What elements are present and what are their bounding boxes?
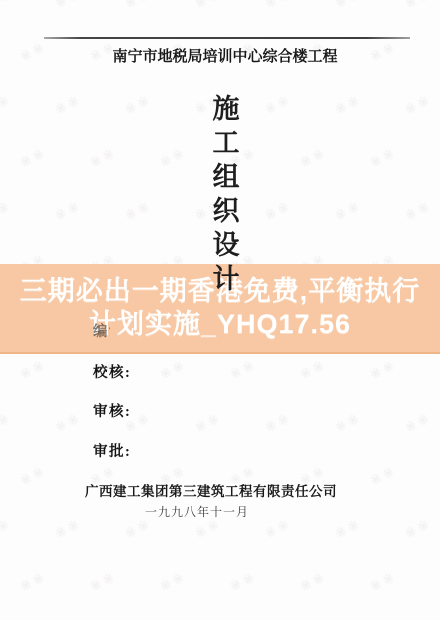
watermark-glyph: ※※	[193, 0, 225, 12]
watermark-glyph: ※※	[88, 146, 120, 172]
field-label-approve: 审批:	[93, 440, 131, 461]
watermark-glyph: ※※	[88, 570, 120, 596]
watermark-glyph: ※※	[0, 411, 15, 437]
watermark-glyph: ※※	[53, 93, 85, 119]
watermark-glyph: ※※	[193, 199, 225, 225]
watermark-glyph: ※※	[18, 146, 50, 172]
watermark-glyph: ※※	[158, 570, 190, 596]
project-title: 南宁市地税局培训中心综合楼工程	[0, 45, 440, 66]
watermark-glyph: ※※	[403, 411, 435, 437]
watermark-glyph: ※※	[263, 93, 295, 119]
watermark-glyph: ※※	[123, 517, 155, 543]
watermark-glyph: ※※	[0, 0, 15, 12]
watermark-glyph: ※※	[403, 517, 435, 543]
field-label-compiler: 编制:	[93, 320, 110, 341]
watermark-glyph: ※※	[123, 199, 155, 225]
watermark-glyph: ※※	[333, 411, 365, 437]
field-label-review: 审核:	[93, 400, 131, 421]
watermark-glyph: ※※	[228, 570, 260, 596]
watermark-glyph: ※※	[158, 146, 190, 172]
company-name: 广西建工集团第三建筑工程有限责任公司	[0, 480, 431, 500]
watermark-glyph: ※※	[123, 93, 155, 119]
watermark-glyph: ※※	[228, 358, 260, 384]
watermark-glyph: ※※	[193, 411, 225, 437]
promo-banner-line1: 三期必出一期香港免费,平衡执行	[20, 275, 421, 308]
watermark-glyph: ※※	[18, 358, 50, 384]
watermark-glyph: ※※	[368, 146, 400, 172]
watermark-glyph: ※※	[53, 517, 85, 543]
watermark-glyph: ※※	[18, 570, 50, 596]
watermark-glyph: ※※	[0, 199, 15, 225]
watermark-glyph: ※※	[263, 199, 295, 225]
watermark-glyph: ※※	[368, 570, 400, 596]
watermark-glyph: ※※	[333, 199, 365, 225]
watermark-glyph: ※※	[123, 0, 155, 12]
watermark-glyph: ※※	[263, 411, 295, 437]
watermark-glyph: ※※	[298, 570, 330, 596]
watermark-glyph: ※※	[228, 146, 260, 172]
watermark-glyph: ※※	[333, 93, 365, 119]
promo-banner-line2: 计划实施_YHQ17.56	[89, 308, 351, 341]
watermark-glyph: ※※	[403, 93, 435, 119]
watermark-glyph: ※※	[193, 93, 225, 119]
header-rule	[44, 37, 410, 39]
watermark-glyph: ※※	[53, 0, 85, 12]
watermark-glyph: ※※	[53, 199, 85, 225]
watermark-glyph: ※※	[263, 517, 295, 543]
watermark-glyph: ※※	[403, 199, 435, 225]
watermark-glyph: ※※	[193, 517, 225, 543]
watermark-glyph: ※※	[263, 0, 295, 12]
watermark-glyph: ※※	[298, 146, 330, 172]
document-cover-page: ※※※※※※※※※※※※※※※※※※※※※※※※※※※※※※※※※※※※※※※※…	[0, 0, 440, 620]
watermark-glyph: ※※	[333, 517, 365, 543]
watermark-glyph: ※※	[333, 0, 365, 12]
watermark-glyph: ※※	[368, 358, 400, 384]
watermark-glyph: ※※	[298, 358, 330, 384]
promo-banner[interactable]: 三期必出一期香港免费,平衡执行 计划实施_YHQ17.56	[0, 264, 440, 354]
watermark-glyph: ※※	[53, 411, 85, 437]
watermark-glyph: ※※	[403, 0, 435, 12]
watermark-glyph: ※※	[158, 358, 190, 384]
publish-date: 一九九八年十一月	[0, 503, 417, 520]
watermark-glyph: ※※	[0, 517, 15, 543]
field-label-check: 校核:	[93, 361, 131, 382]
watermark-glyph: ※※	[0, 93, 15, 119]
